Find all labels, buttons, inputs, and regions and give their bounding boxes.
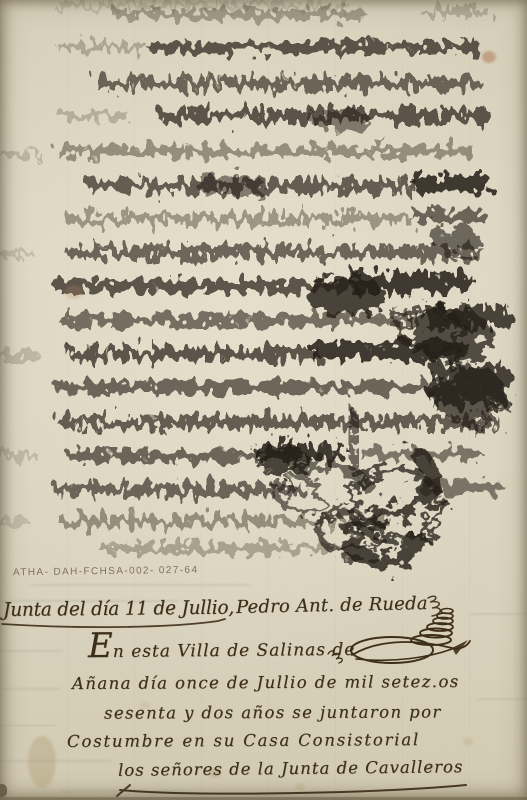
- signature: Pedro Ant. de Rueda: [236, 593, 428, 618]
- heading-title: Junta del día 11 de Jullio,: [3, 597, 234, 621]
- body-line-4: Costumbre en su Casa Consistorial: [67, 730, 420, 751]
- body-line-1: En esta Villa de Salinas de: [88, 639, 356, 662]
- manuscript-page: ATHA- DAH-FCHSA-002- 027-64 Junta del dí…: [0, 0, 527, 800]
- body-line-2: Añana día once de Jullio de mil setez.os: [72, 672, 460, 693]
- body-line-3: sesenta y dos años se juntaron por: [104, 702, 442, 722]
- binding-mark: [0, 784, 7, 797]
- body-line-5: los señores de la Junta de Cavalleros: [118, 757, 464, 780]
